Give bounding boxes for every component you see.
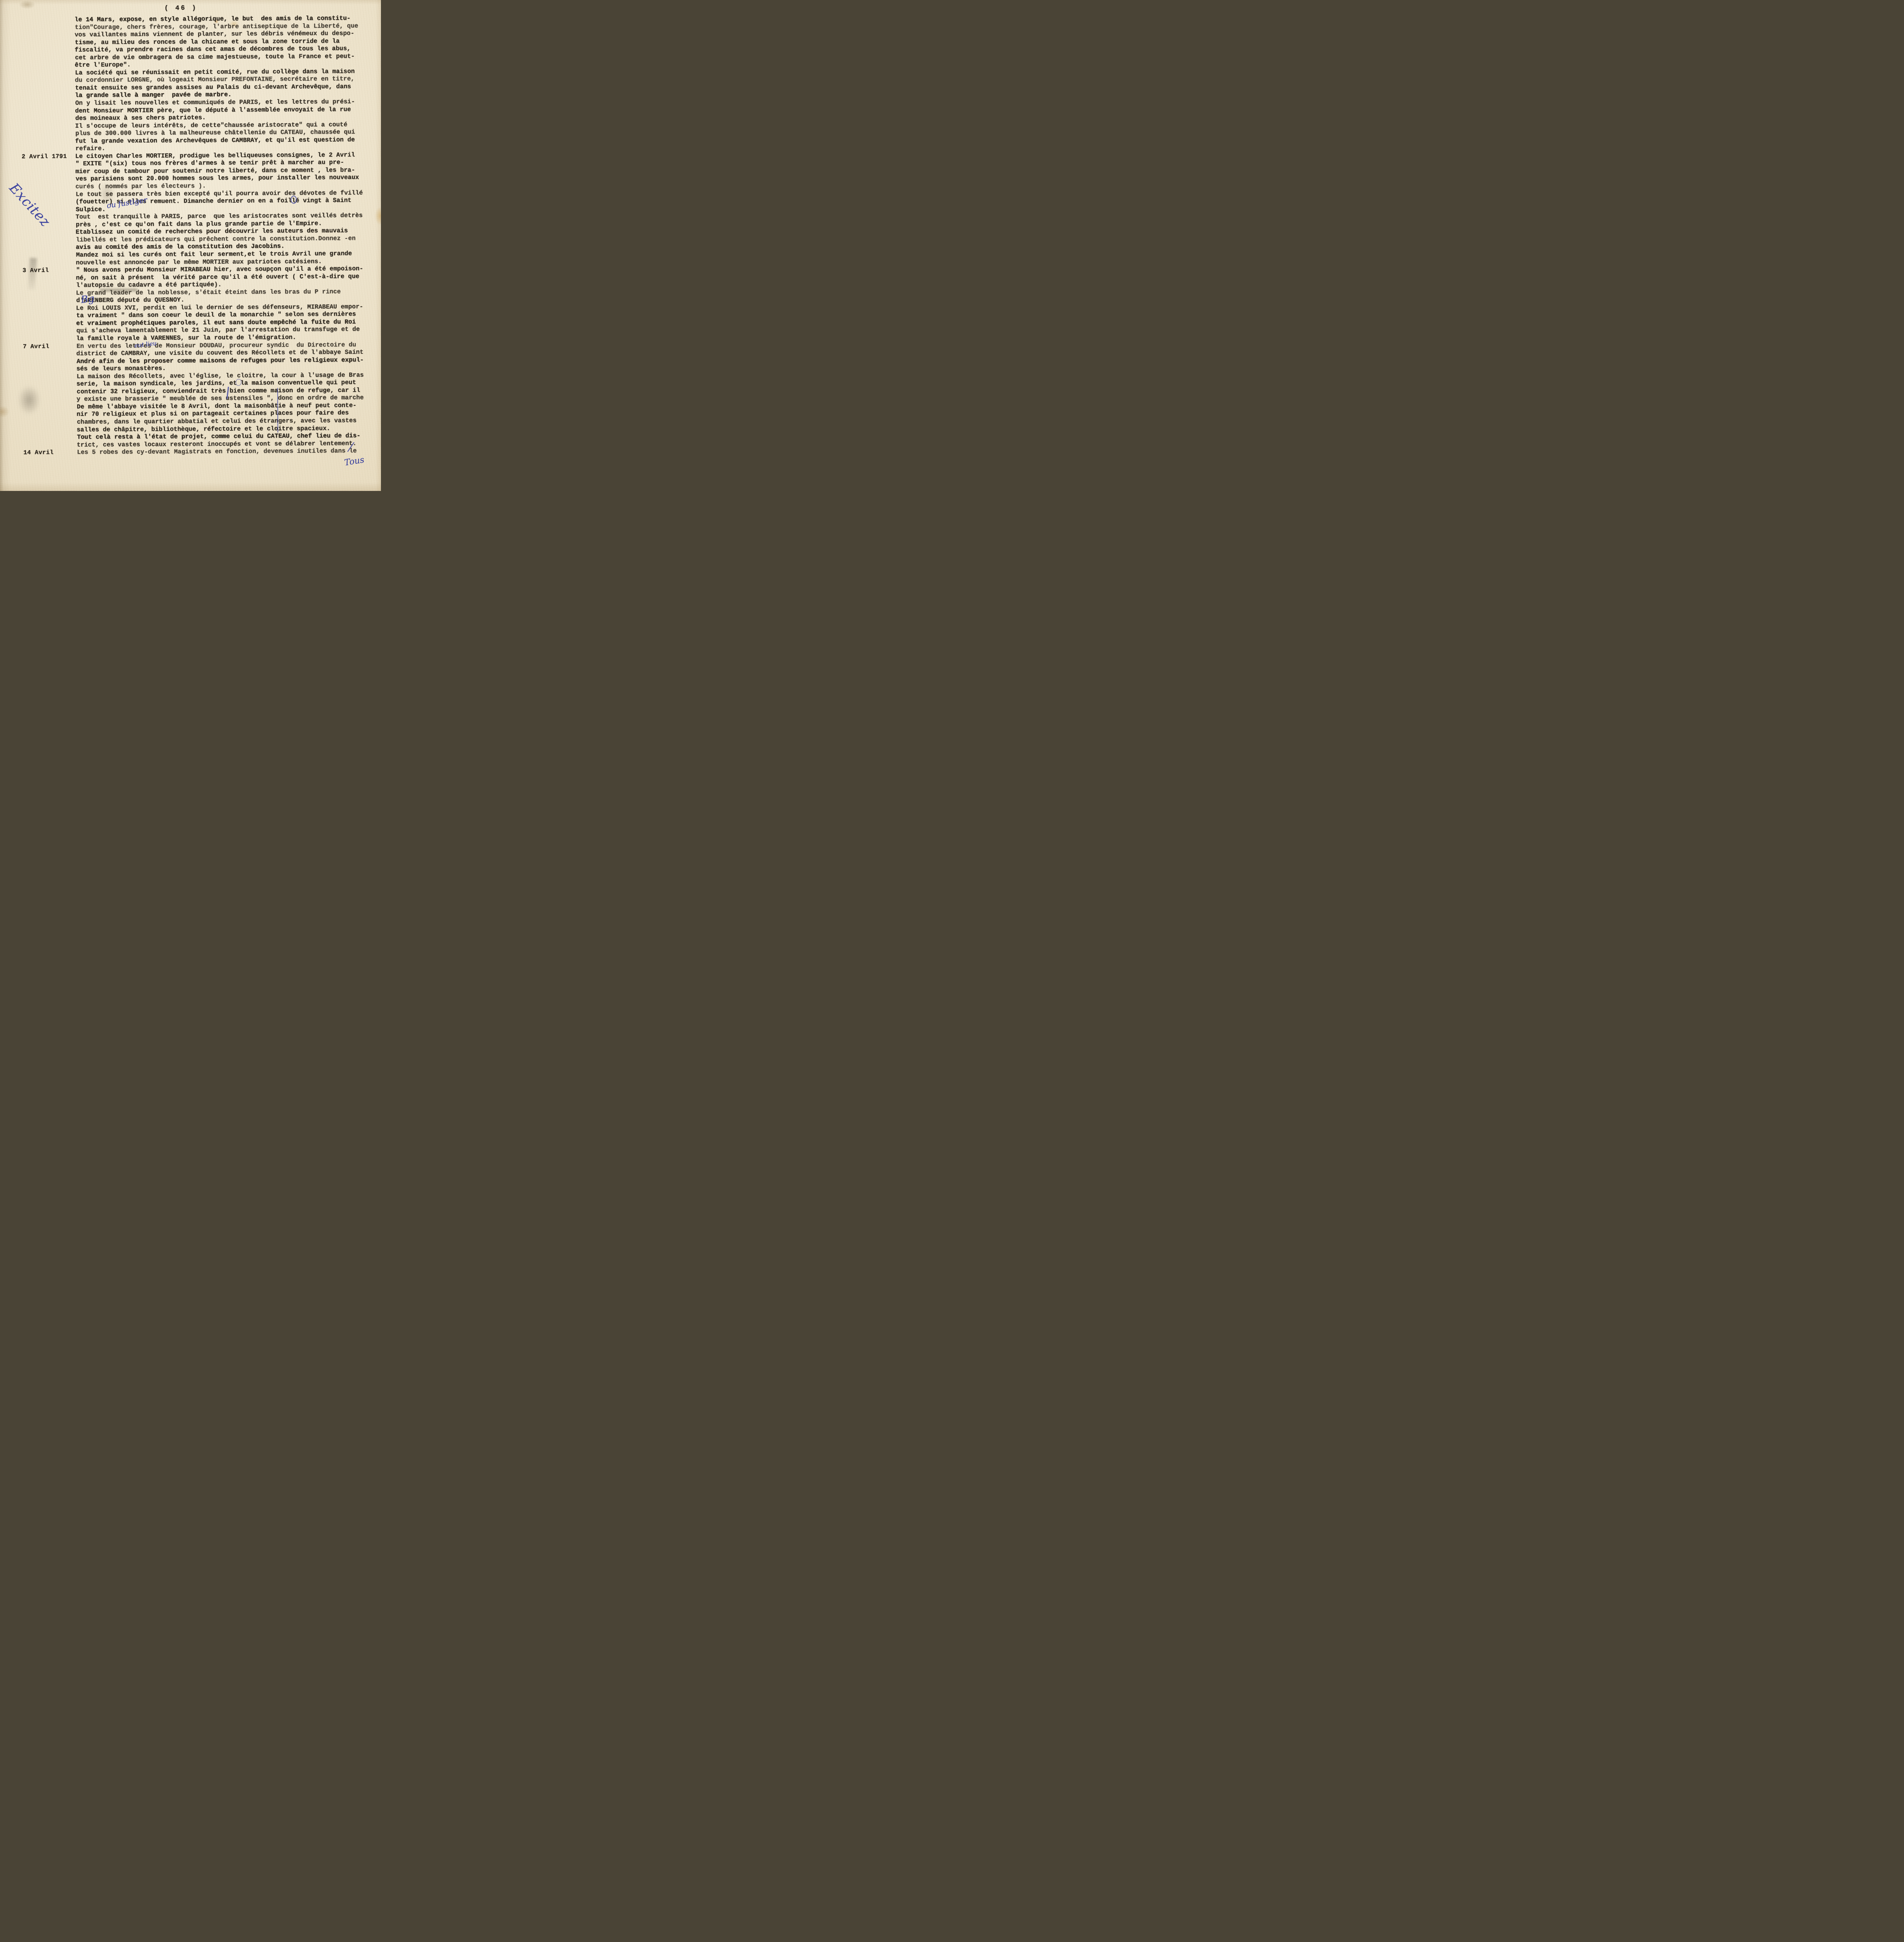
- text-line: André afin de les proposer comme maisons…: [77, 356, 381, 365]
- margin-date: [0, 92, 75, 100]
- text-line: tisme, au milieu des ronces de la chican…: [75, 37, 380, 47]
- margin-date: [1, 411, 77, 419]
- margin-date: [0, 100, 75, 108]
- margin-date: [1, 396, 77, 404]
- text-line: tenait ensuite ses grandes assises au Pa…: [75, 83, 380, 92]
- margin-date: [0, 160, 76, 169]
- margin-date: [1, 381, 77, 389]
- text-line: près , c'est ce qu'on fait dans la plus …: [76, 219, 381, 229]
- margin-date: [0, 145, 75, 153]
- margin-date: [1, 434, 77, 442]
- text-line: " Nous avons perdu Monsieur MIRABEAU hie…: [76, 265, 381, 274]
- text-line: cet arbre de vie ombragera de sa cime ma…: [75, 52, 380, 62]
- handwriting-berg-annotation: Bg: [80, 293, 95, 306]
- margin-date: [0, 274, 76, 282]
- margin-date: [0, 31, 75, 40]
- margin-date: 7 Avril: [1, 343, 77, 351]
- margin-date: [1, 373, 77, 381]
- margin-date: [0, 47, 75, 55]
- margin-date: [0, 168, 75, 176]
- text-line: qui s'acheva lamentablement le 21 Juin, …: [77, 326, 381, 335]
- margin-date: [0, 115, 75, 123]
- margin-date: [0, 69, 75, 77]
- text-line: plus de 300.000 livres à la malheureuse …: [75, 129, 381, 138]
- margin-date: [0, 259, 76, 267]
- margin-date: [1, 388, 77, 396]
- margin-date: [0, 350, 76, 358]
- handwriting-tous-annotation: Tous: [344, 455, 365, 468]
- margin-date: 14 Avril: [1, 449, 77, 457]
- text-line: libellés et les prédicateurs qui prêchen…: [76, 235, 381, 244]
- margin-date: [0, 54, 75, 62]
- margin-date: [1, 358, 77, 366]
- typewritten-text-block: le 14 Mars, expose, en style allégorique…: [0, 14, 381, 457]
- text-line: La maison des Récollets, avec l'église, …: [77, 371, 381, 381]
- margin-date: [0, 236, 76, 244]
- text-line: On y lisait les nouvelles et communiqués…: [75, 98, 381, 107]
- margin-date: [0, 24, 75, 32]
- text-line: chambres, dans le quartier abbatial et c…: [77, 417, 381, 426]
- margin-date: 3 Avril: [0, 267, 76, 275]
- margin-date: [0, 130, 75, 138]
- text-line: De même l'abbaye visitée le 8 Avril, don…: [77, 402, 381, 411]
- margin-date: 2 Avril 1791: [0, 153, 75, 161]
- text-row: 14 AvrilLes 5 robes des cy-devant Magist…: [1, 447, 381, 457]
- margin-date: [1, 441, 77, 449]
- margin-date: [0, 251, 76, 259]
- text-line: refaire.: [75, 144, 381, 153]
- margin-date: [0, 305, 76, 313]
- margin-date: [0, 77, 75, 85]
- margin-date: [0, 335, 76, 343]
- margin-date: [0, 297, 76, 305]
- scan-content: ( 46 ) le 14 Mars, expose, en style allé…: [0, 0, 381, 491]
- margin-date: [0, 320, 76, 328]
- margin-date: [1, 327, 77, 336]
- margin-date: [0, 122, 75, 131]
- margin-date: [1, 419, 77, 427]
- margin-date: [0, 289, 76, 298]
- margin-date: [0, 176, 76, 184]
- text-line: ta vraiment " dans son coeur le deuil de…: [76, 311, 381, 320]
- page-number: ( 46 ): [156, 5, 206, 12]
- margin-date: [0, 312, 76, 320]
- document-page: ( 46 ) le 14 Mars, expose, en style allé…: [0, 0, 381, 491]
- text-line: Les 5 robes des cy-devant Magistrats en …: [77, 447, 381, 457]
- margin-date: [1, 365, 77, 374]
- margin-date: [0, 107, 75, 115]
- margin-date: [0, 244, 76, 252]
- margin-date: [0, 84, 75, 92]
- margin-date: [0, 282, 76, 290]
- margin-date: [1, 426, 77, 434]
- margin-date: [1, 403, 77, 411]
- margin-date: [0, 137, 75, 146]
- margin-date: [0, 16, 75, 24]
- margin-date: [0, 39, 75, 47]
- margin-date: [0, 62, 75, 70]
- text-line: Le tout se passera très bien excepté qu'…: [76, 189, 381, 198]
- margin-date: [0, 229, 76, 237]
